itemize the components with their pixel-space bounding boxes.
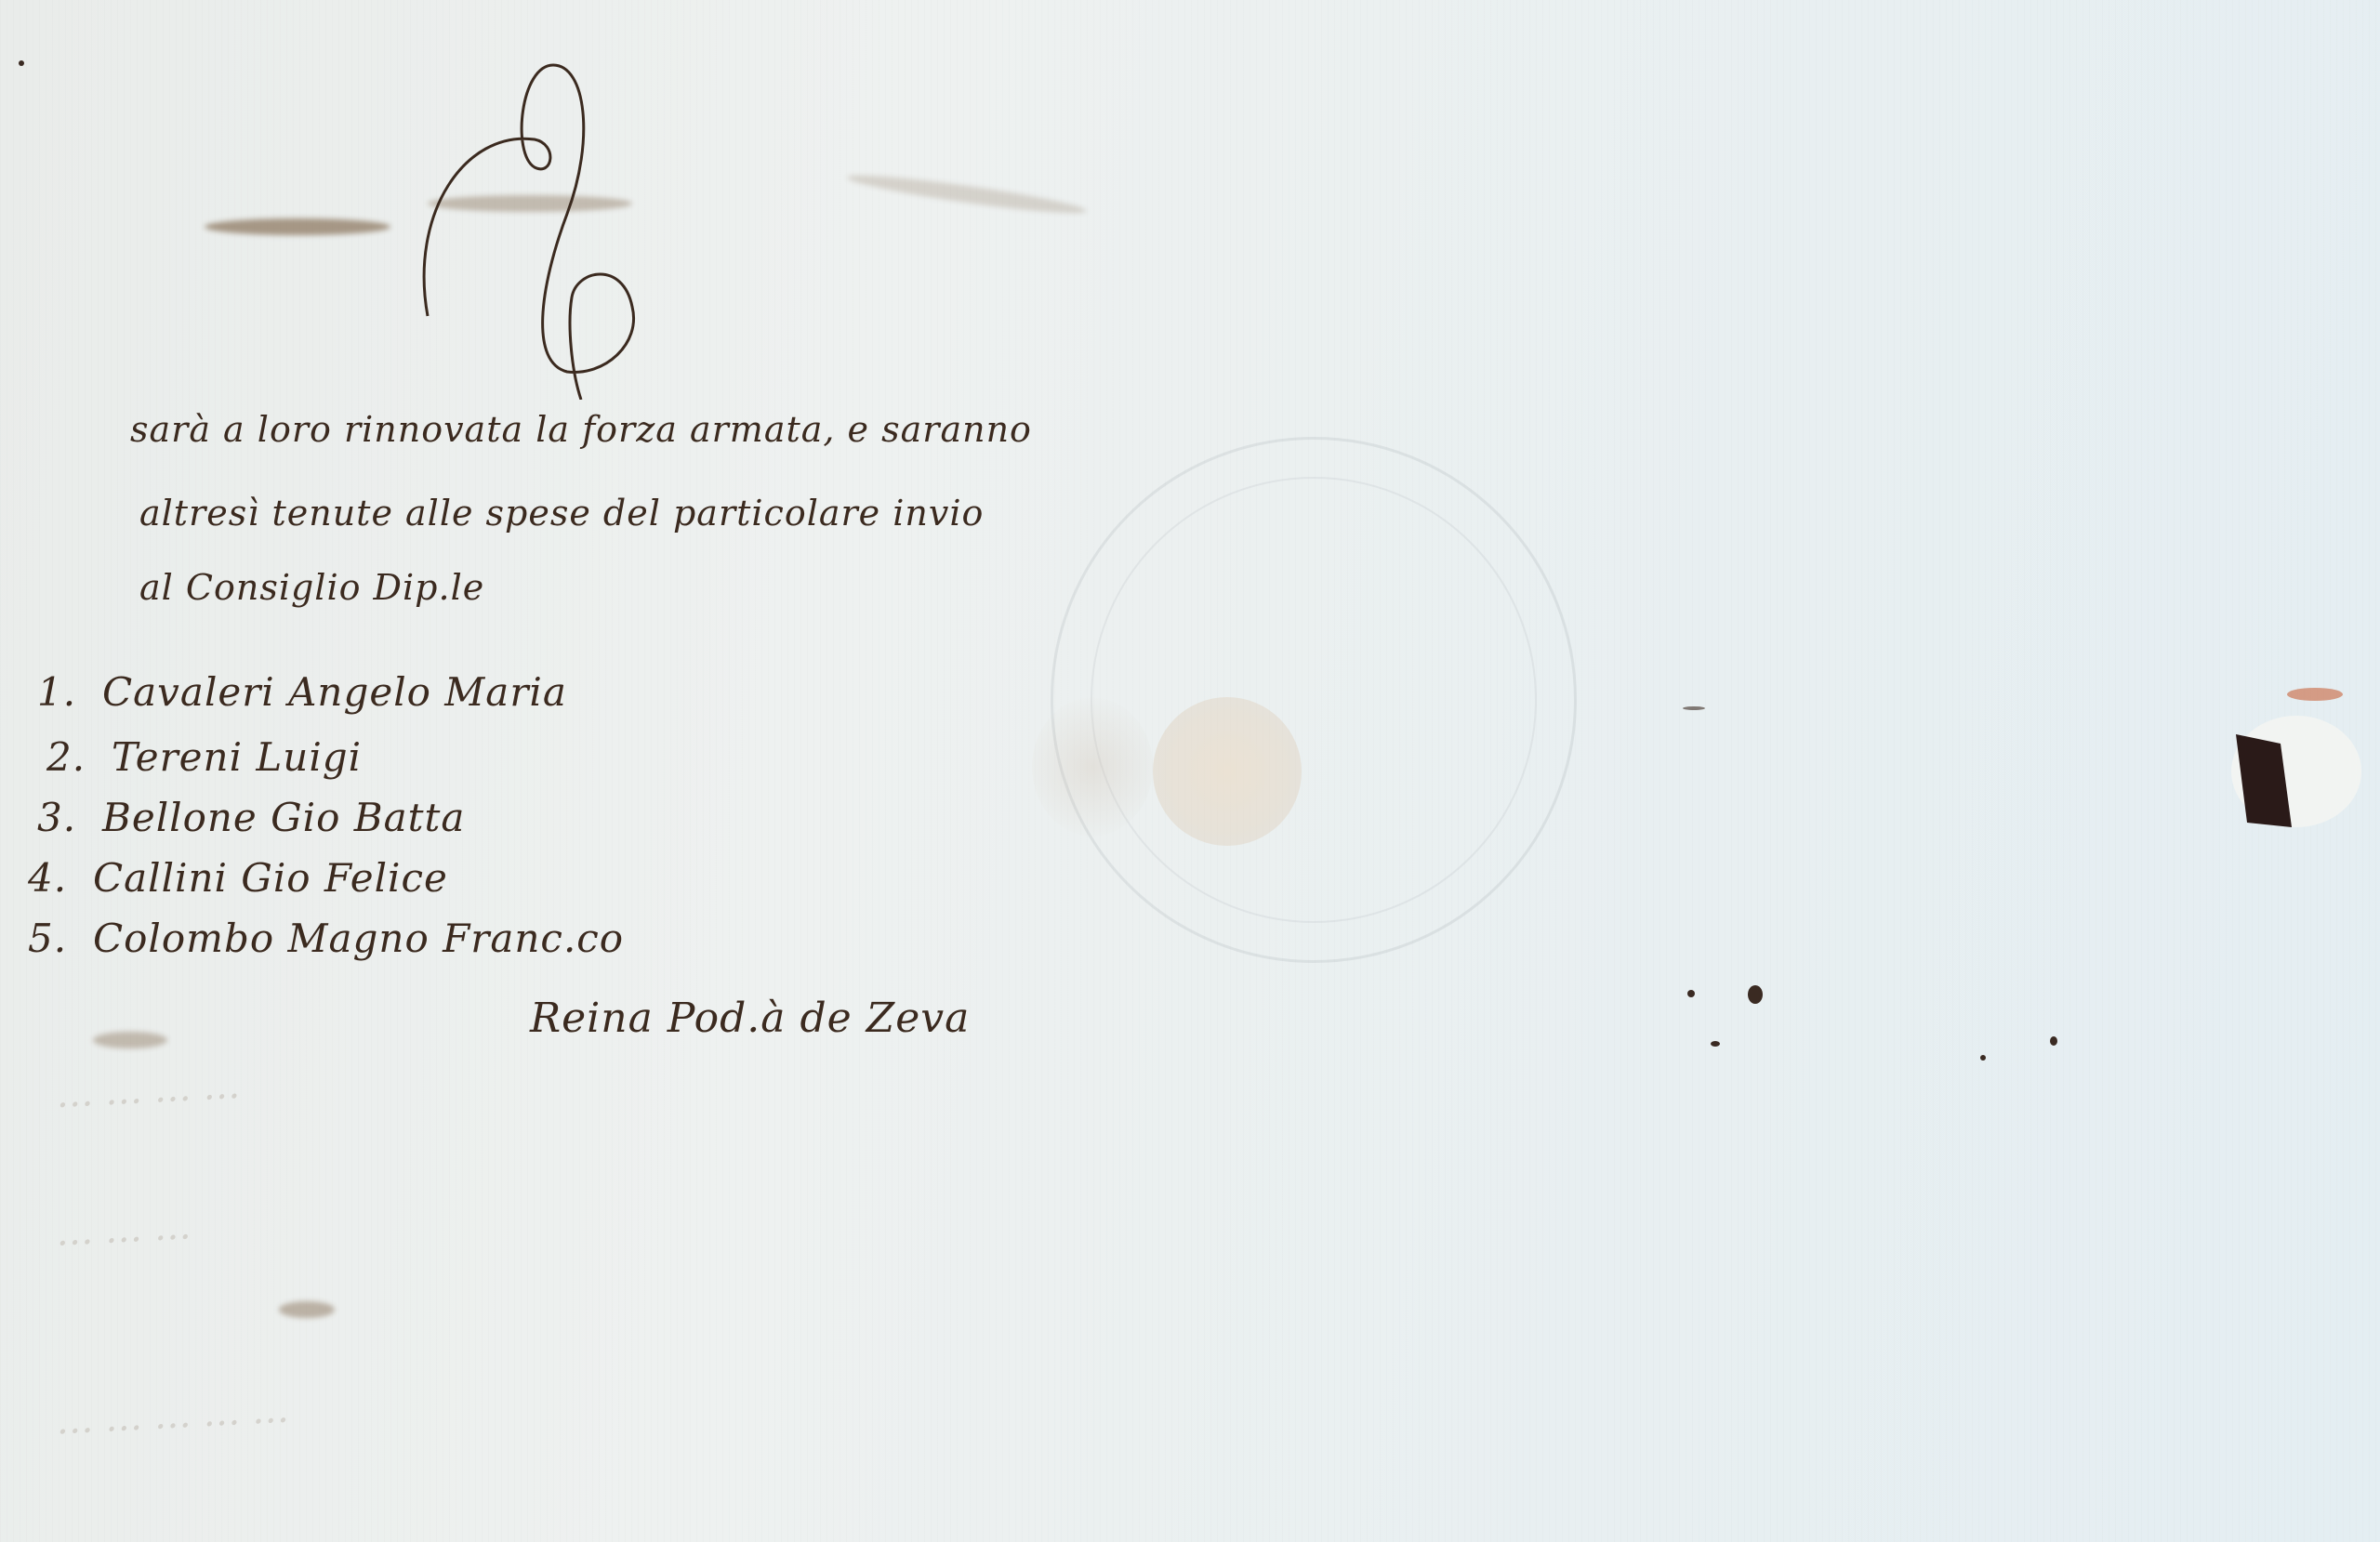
- rust-mark: [2287, 688, 2343, 701]
- bleed-through-text: … … …: [55, 1205, 192, 1255]
- body-line: altresì tenute alle spese del particolar…: [139, 493, 984, 534]
- list-number: 1.: [37, 669, 102, 715]
- ink-smear: [93, 1032, 167, 1048]
- ink-smear: [205, 218, 390, 235]
- list-number: 3.: [37, 795, 102, 840]
- list-name: Bellone Gio Batta: [102, 795, 465, 840]
- list-name: Callini Gio Felice: [93, 855, 448, 901]
- list-item: 3.Bellone Gio Batta: [37, 795, 465, 840]
- list-name: Tereni Luigi: [112, 734, 362, 780]
- watermark-inner-ring: [1091, 477, 1537, 923]
- body-line: sarà a loro rinnovata la forza armata, e…: [130, 409, 1032, 450]
- list-item: 1.Cavaleri Angelo Maria: [37, 669, 567, 715]
- ink-smear: [279, 1301, 335, 1318]
- ink-speck: [2050, 1036, 2057, 1046]
- embossed-seal-watermark: [1051, 437, 1577, 963]
- bleed-through-text: … … … …: [55, 1064, 241, 1116]
- list-number: 2.: [46, 734, 112, 780]
- list-number: 4.: [28, 855, 93, 901]
- ink-speck: [1683, 706, 1705, 710]
- signature: Reina Pod.à de Zeva: [530, 995, 970, 1042]
- ink-smear: [846, 169, 1088, 219]
- ink-speck: [1980, 1055, 1986, 1061]
- list-item: 4.Callini Gio Felice: [28, 855, 448, 901]
- list-name: Colombo Magno Franc.co: [93, 916, 624, 961]
- list-number: 5.: [28, 916, 93, 961]
- list-item: 5.Colombo Magno Franc.co: [28, 916, 624, 961]
- ink-speck: [1748, 985, 1763, 1004]
- ink-speck: [1711, 1041, 1720, 1047]
- list-item: 2.Tereni Luigi: [46, 734, 362, 780]
- ink-speck: [19, 60, 24, 66]
- calligraphic-flourish-icon: [372, 28, 762, 400]
- body-line: al Consiglio Dip.le: [139, 567, 484, 608]
- wax-seal-stain: [1153, 697, 1302, 846]
- foxing-stain: [1032, 697, 1153, 837]
- bleed-through-text: … … … … …: [55, 1388, 290, 1443]
- ink-speck: [1687, 990, 1695, 997]
- list-name: Cavaleri Angelo Maria: [102, 669, 567, 715]
